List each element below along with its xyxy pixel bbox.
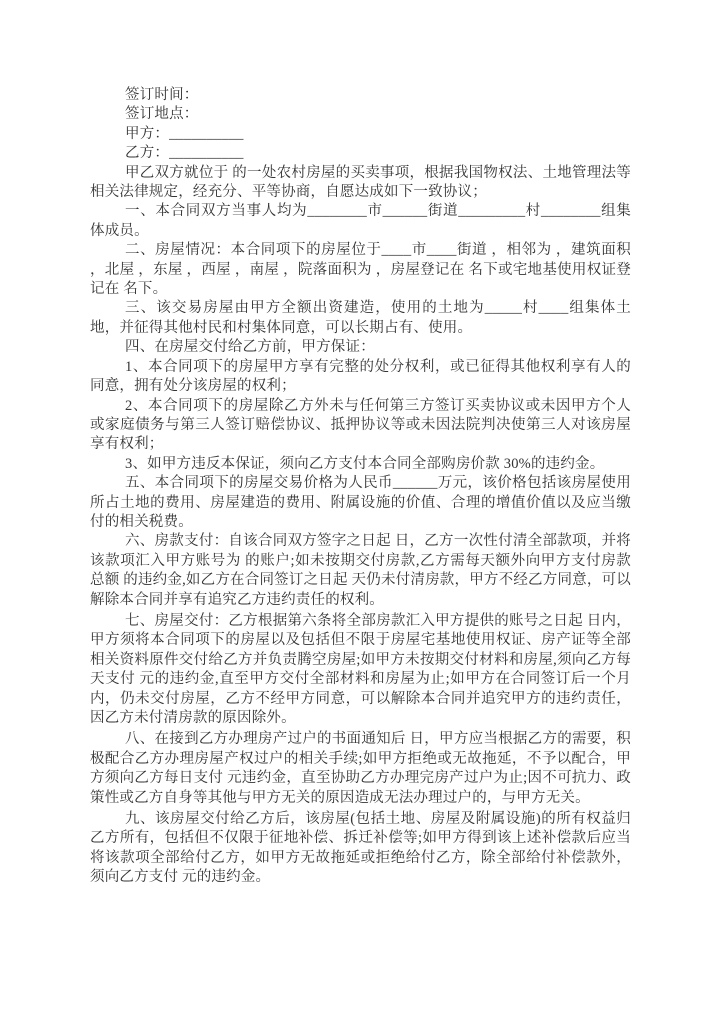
clause-6-payment: 六、房款支付：自该合同双方签字之日起 日，乙方一次性付清全部款项，并将该款项汇入…: [90, 532, 631, 610]
clause-2-house-info: 二、房屋情况：本合同项下的房屋位于____市____街道 ，相邻为 ，建筑面积 …: [90, 241, 631, 299]
clause-4-item-2: 2、本合同项下的房屋除乙方外未与任何第三方签订买卖协议或未因甲方个人或家庭债务与…: [90, 397, 631, 455]
clause-5-price: 五、本合同项下的房屋交易价格为人民币______万元，该价格包括该房屋使用所占土…: [90, 474, 631, 532]
clause-4-warranty-intro: 四、在房屋交付给乙方前，甲方保证：: [90, 338, 631, 357]
contract-body: 签订时间： 签订地点： 甲方：__________ 乙方：__________ …: [90, 86, 631, 888]
line-party-a: 甲方：__________: [90, 125, 631, 144]
clause-4-item-3: 3、如甲方违反本保证，须向乙方支付本合同全部购房价款 30%的违约金。: [90, 455, 631, 474]
clause-1-parties: 一、本合同双方当事人均为________市______街道_________村_…: [90, 202, 631, 241]
document-page: { "page": { "background_color": "#ffffff…: [0, 0, 720, 1017]
clause-7-delivery: 七、房屋交付：乙方根据第六条将全部房款汇入甲方提供的账号之日起 日内，甲方须将本…: [90, 612, 631, 728]
para-preamble: 甲乙双方就位于 的一处农村房屋的买卖事项，根据我国物权法、土地管理法等相关法律规…: [90, 164, 631, 203]
clause-8-transfer: 八、在接到乙方办理房产过户的书面通知后 日，甲方应当根据乙方的需要，积极配合乙方…: [90, 730, 631, 808]
clause-9-rights: 九、该房屋交付给乙方后，该房屋(包括土地、房屋及附属设施)的所有权益归乙方所有，…: [90, 810, 631, 888]
clause-4-item-1: 1、本合同项下的房屋甲方享有完整的处分权利，或已征得其他权利享有人的同意，拥有处…: [90, 358, 631, 397]
line-party-b: 乙方：__________: [90, 144, 631, 163]
line-signing-place: 签订地点：: [90, 105, 631, 124]
clause-3-land: 三、该交易房屋由甲方全额出资建造，使用的土地为_____村____组集体土地，并…: [90, 299, 631, 338]
line-signing-time: 签订时间：: [90, 86, 631, 105]
